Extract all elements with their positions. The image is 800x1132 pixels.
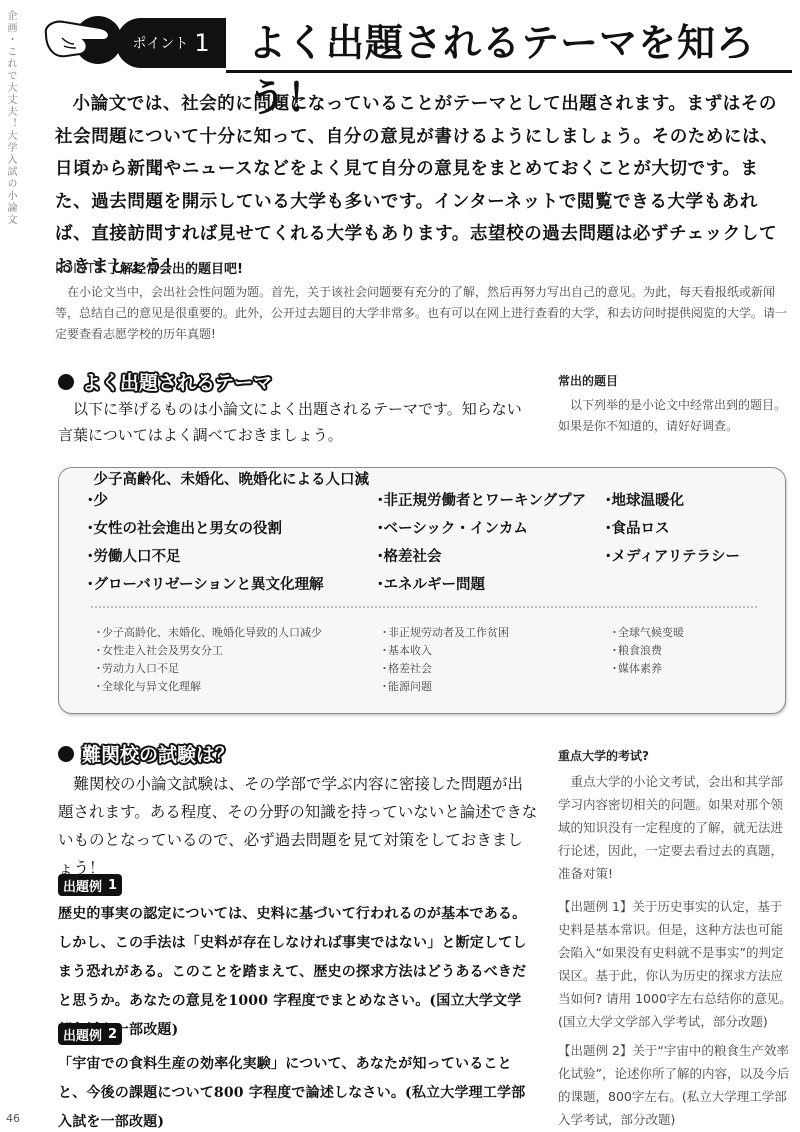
theme-item: 非正規労働者とワーキングプア <box>381 482 609 510</box>
page-number: 46 <box>6 1112 20 1125</box>
theme-item: 労働人口不足 <box>91 538 381 566</box>
theme-item: メディアリテラシー <box>609 538 769 566</box>
themes-cn-list: 少子高龄化、未婚化、晚婚化导致的人口减少 女性走入社会及男女分工 劳动力人口不足… <box>99 624 779 696</box>
theme-cn-item: 少子高龄化、未婚化、晚婚化导致的人口减少 <box>99 624 385 642</box>
theme-cn-item: 全球化与异文化理解 <box>99 678 385 696</box>
example-badge-1: 出題例 1 <box>58 874 122 896</box>
theme-item: ベーシック・インカム <box>381 510 609 538</box>
intro-paragraph: 小論文では、社会的に問題になっていることがテーマとして出題されます。まずはその社… <box>55 88 790 283</box>
side-note-example-2: 【出题例 2】关于“宇宙中的粮食生产效率化试验”，论述你所了解的内容，以及今后的… <box>558 1039 793 1131</box>
side-note-example-1: 【出题例 1】关于历史事实的认定，基于史料是基本常识。但是，这种方法也可能会陷入… <box>558 895 793 1033</box>
theme-cn-item: 女性走入社会及男女分工 <box>99 642 385 660</box>
themes-jp-list: 少子高齢化、未婚化、晩婚化による人口減少 女性の社会進出と男女の役割 労働人口不… <box>91 482 771 594</box>
section-heading-label: 難関校の試験は？ <box>82 740 234 767</box>
theme-cn-item: 劳动力人口不足 <box>99 660 385 678</box>
theme-item: エネルギー問題 <box>381 566 609 594</box>
intro-text: 小論文では、社会的に問題になっていることがテーマとして出題されます。まずはその社… <box>55 88 790 283</box>
section-heading-top-schools: 難関校の試験は？ <box>58 740 234 767</box>
side-note-top-schools: 重点大学的考试? 重点大学的小论文考试，会出和其学部学习内容密切相关的问题。如果… <box>558 747 793 1131</box>
title-underline <box>226 70 792 73</box>
theme-cn-item: 全球气候变暖 <box>615 624 775 642</box>
cn-point-body: 在小论文当中，会出社会性问题为题。首先，关于该社会问题要有充分的了解，然后再努力… <box>55 282 790 345</box>
example-badge-label: 出題例 <box>63 1025 102 1044</box>
chapter-side-tab: 企画・これで大丈夫！大学入試の小論文 <box>4 10 18 226</box>
theme-item: 格差社会 <box>381 538 609 566</box>
themes-jp-column: 非正規労働者とワーキングプア ベーシック・インカム 格差社会 エネルギー問題 <box>381 482 609 594</box>
example-badge-number: 2 <box>108 1027 117 1042</box>
pointing-hand-icon <box>40 14 128 64</box>
page-header: ポイント 1 よく出題されるテーマを知ろう！ <box>40 10 792 70</box>
section-top-schools-body: 難関校の小論文試験は、その学部で学ぶ内容に密接した問題が出題されます。ある程度、… <box>58 770 538 882</box>
bullet-dot-icon <box>58 374 74 390</box>
theme-cn-item: 粮食浪费 <box>615 642 775 660</box>
theme-item: グローバリゼーションと異文化理解 <box>91 566 381 594</box>
themes-box: 少子高齢化、未婚化、晩婚化による人口減少 女性の社会進出と男女の役割 労働人口不… <box>58 467 786 714</box>
themes-jp-column: 地球温暖化 食品ロス メディアリテラシー <box>609 482 769 594</box>
side-note-title: 常出的题目 <box>558 372 793 389</box>
side-note-themes: 常出的题目 以下列举的是小论文中经常出到的题目。如果是你不知道的，请好好调查。 <box>558 372 793 437</box>
section-heading-themes: よく出題されるテーマ <box>58 368 272 395</box>
example-badge-number: 1 <box>108 878 117 893</box>
point-badge-number: 1 <box>194 29 209 57</box>
point-badge: ポイント 1 <box>116 18 226 68</box>
bullet-dot-icon <box>58 746 74 762</box>
theme-item: 食品ロス <box>609 510 769 538</box>
theme-cn-item: 格差社会 <box>385 660 615 678</box>
theme-cn-item: 媒体素养 <box>615 660 775 678</box>
point-badge-label: ポイント <box>132 33 188 53</box>
theme-item: 地球温暖化 <box>609 482 769 510</box>
theme-cn-item: 非正规劳动者及工作贫困 <box>385 624 615 642</box>
themes-cn-column: 少子高龄化、未婚化、晚婚化导致的人口减少 女性走入社会及男女分工 劳动力人口不足… <box>99 624 385 696</box>
themes-cn-column: 全球气候变暖 粮食浪费 媒体素养 <box>615 624 775 696</box>
example-text-2: 「宇宙での食料生産の効率化実験」について、あなたが知っていることと、今後の課題に… <box>58 1050 528 1132</box>
section-themes-text: 以下に挙げるものは小論文によく出題されるテーマです。知らない言葉についてはよく調… <box>58 396 528 448</box>
dotted-divider <box>91 606 757 608</box>
example-badge-label: 出題例 <box>63 876 102 895</box>
themes-jp-column: 少子高齢化、未婚化、晩婚化による人口減少 女性の社会進出と男女の役割 労働人口不… <box>91 482 381 594</box>
side-note-body: 重点大学的小论文考试，会出和其学部学习内容密切相关的问题。如果对那个领域的知识没… <box>558 770 793 885</box>
section-heading-label: よく出題されるテーマ <box>82 368 272 395</box>
cn-point-heading: 了解经常会出的题目吧! <box>107 262 243 277</box>
section-themes-body: 以下に挙げるものは小論文によく出題されるテーマです。知らない言葉についてはよく調… <box>58 396 528 448</box>
cn-point-title: POINT1 了解经常会出的题目吧! <box>55 258 790 277</box>
theme-item: 女性の社会進出と男女の役割 <box>91 510 381 538</box>
theme-item: 少子高齢化、未婚化、晩婚化による人口減少 <box>91 482 381 510</box>
cn-point-label: POINT1 <box>55 262 103 277</box>
section-top-schools-text: 難関校の小論文試験は、その学部で学ぶ内容に密接した問題が出題されます。ある程度、… <box>58 770 538 882</box>
example-badge-2: 出題例 2 <box>58 1023 122 1045</box>
side-note-body: 以下列举的是小论文中经常出到的题目。如果是你不知道的，请好好调查。 <box>558 395 793 437</box>
theme-cn-item: 能源问题 <box>385 678 615 696</box>
cn-point-block: POINT1 了解经常会出的题目吧! 在小论文当中，会出社会性问题为题。首先，关… <box>55 258 790 345</box>
theme-cn-item: 基本收入 <box>385 642 615 660</box>
example-text-1: 歴史的事実の認定については、史料に基づいて行われるのが基本である。しかし、この手… <box>58 900 528 1045</box>
themes-cn-column: 非正规劳动者及工作贫困 基本收入 格差社会 能源问题 <box>385 624 615 696</box>
side-note-title: 重点大学的考试? <box>558 747 793 764</box>
